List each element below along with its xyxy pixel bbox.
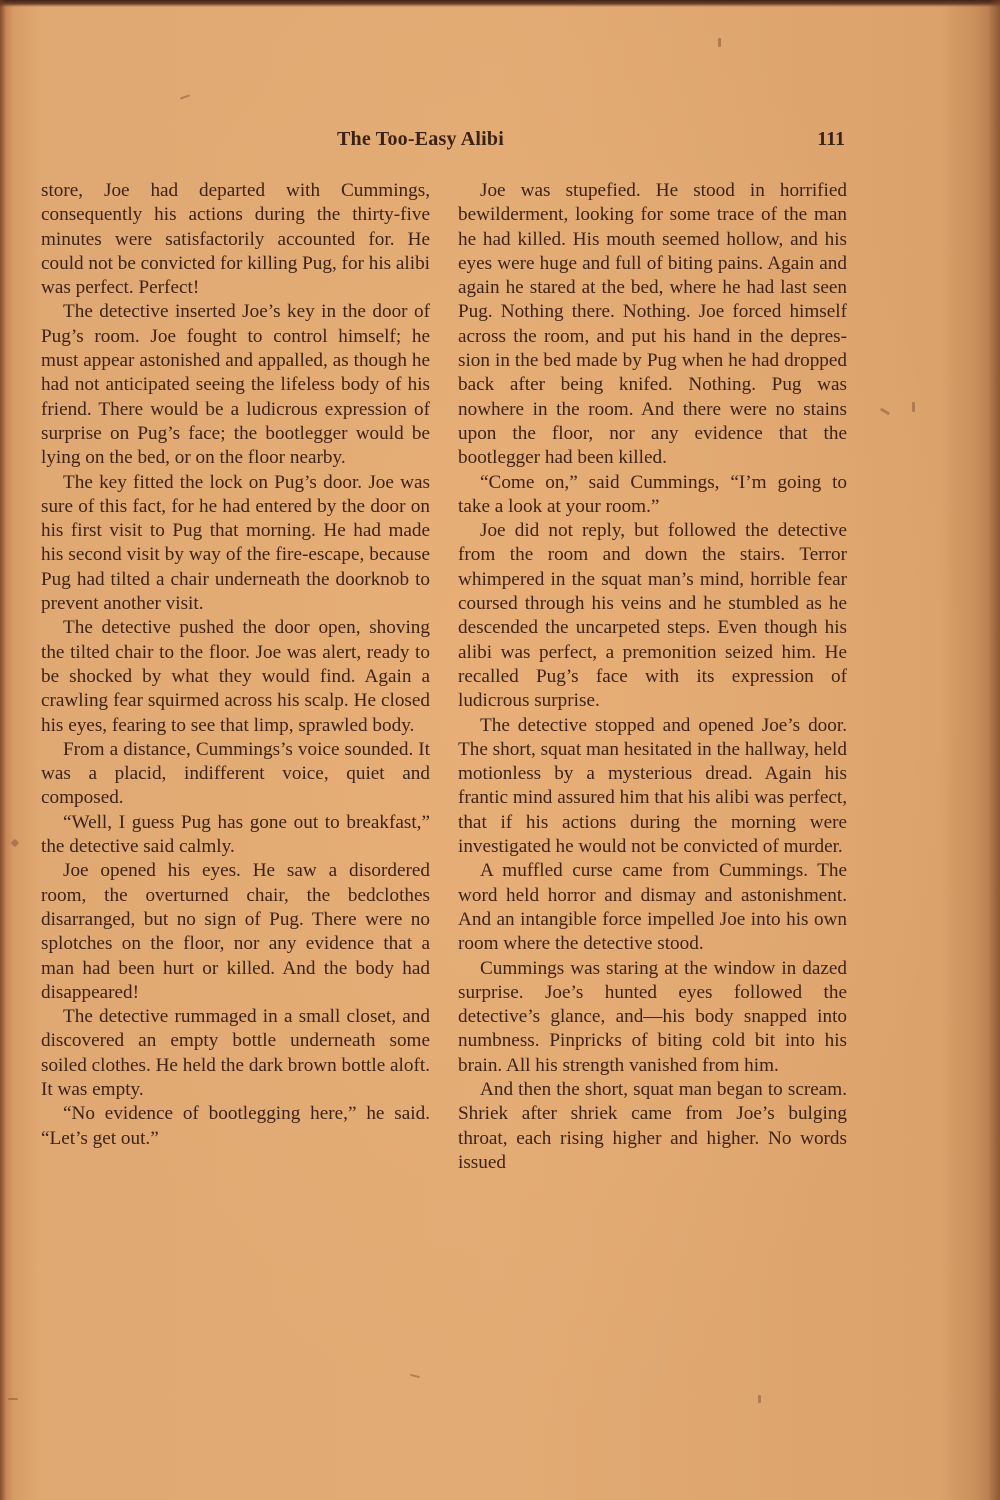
paragraph: Joe was stupefied. He stood in horri­fie… — [458, 179, 847, 471]
running-head: The Too-Easy Alibi 111 — [40, 128, 845, 158]
paragraph: The detective rummaged in a small closet… — [41, 1005, 430, 1102]
paragraph: Cummings was staring at the window in da… — [458, 957, 847, 1078]
paper-fleck — [180, 94, 190, 99]
paper-fleck — [880, 408, 890, 416]
page-right-edge — [988, 0, 1000, 1500]
book-page: The Too-Easy Alibi 111 store, Joe had de… — [0, 0, 1000, 1500]
paragraph: The key fitted the lock on Pug’s door. J… — [41, 471, 430, 617]
running-title: The Too-Easy Alibi — [337, 128, 504, 151]
paragraph: From a distance, Cummings’s voice sounde… — [41, 738, 430, 811]
paper-fleck — [8, 1398, 18, 1400]
paragraph: Joe did not reply, but followed the dete… — [458, 519, 847, 713]
paragraph: Joe opened his eyes. He saw a dis­ordere… — [41, 859, 430, 1005]
page-left-edge — [0, 0, 6, 1500]
left-column: store, Joe had departed with Cummings, c… — [41, 179, 430, 1151]
paragraph: A muffled curse came from Cum­mings. The… — [458, 859, 847, 956]
paper-fleck — [410, 1374, 420, 1379]
paper-fleck — [11, 839, 19, 847]
paragraph: The detective inserted Joe’s key in the … — [41, 300, 430, 470]
page-number: 111 — [817, 128, 845, 151]
paragraph: “No evidence of bootlegging here,” he sa… — [41, 1102, 430, 1151]
paper-fleck — [912, 402, 915, 412]
paragraph: And then the short, squat man began to s… — [458, 1078, 847, 1175]
paragraph: The detective pushed the door open, shov… — [41, 616, 430, 737]
paper-fleck — [758, 1395, 761, 1403]
paragraph: The detective stopped and opened Joe’s d… — [458, 714, 847, 860]
paragraph: “Well, I guess Pug has gone out to break… — [41, 811, 430, 860]
paragraph: “Come on,” said Cummings, “I’m go­ing to… — [458, 471, 847, 520]
page-top-edge — [0, 0, 1000, 7]
paper-fleck — [718, 38, 721, 47]
right-column: Joe was stupefied. He stood in horri­fie… — [458, 179, 847, 1175]
paragraph: store, Joe had departed with Cummings, c… — [41, 179, 430, 300]
